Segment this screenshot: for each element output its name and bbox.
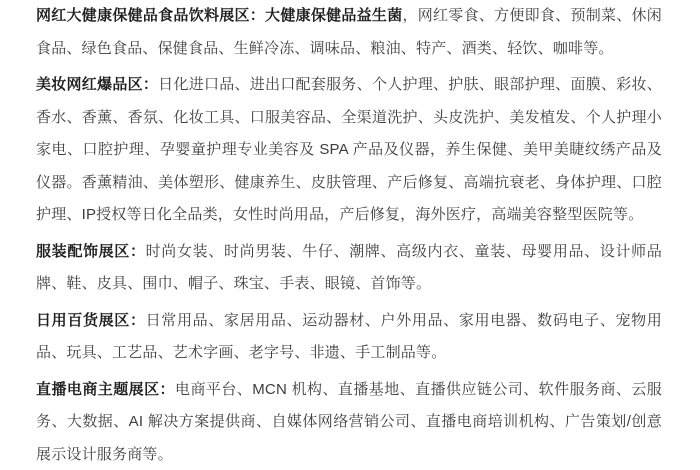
section-heading: 服装配饰展区：	[36, 243, 146, 260]
section-paragraph-daily-goods: 日用百货展区：日常用品、家居用品、运动器材、户外用品、家用电器、数码电子、宠物用…	[36, 305, 662, 370]
section-paragraph-food-health: 网红大健康保健品食品饮料展区：大健康保健品益生菌，网红零食、方便即食、预制菜、休…	[36, 0, 662, 65]
section-paragraph-apparel: 服装配饰展区：时尚女装、时尚男装、牛仔、潮牌、高级内衣、童装、母婴用品、设计师品…	[36, 236, 662, 301]
exhibition-zones-document: 网红大健康保健品食品饮料展区：大健康保健品益生菌，网红零食、方便即食、预制菜、休…	[0, 0, 700, 470]
section-heading: 美妆网红爆品区：	[36, 76, 158, 93]
section-heading: 日用百货展区：	[36, 312, 146, 329]
section-paragraph-beauty: 美妆网红爆品区：日化进口品、进出口配套服务、个人护理、护肤、眼部护理、面膜、彩妆…	[36, 69, 662, 232]
document-page: { "page": { "background_color": "#ffffff…	[0, 0, 700, 470]
section-body: 日化进口品、进出口配套服务、个人护理、护肤、眼部护理、面膜、彩妆、香水、香薰、香…	[36, 76, 662, 223]
section-heading: 网红大健康保健品食品饮料展区：大健康保健品益生菌	[36, 7, 402, 24]
section-heading: 直播电商主题展区：	[36, 381, 175, 398]
section-paragraph-livestream-ecommerce: 直播电商主题展区：电商平台、MCN 机构、直播基地、直播供应链公司、软件服务商、…	[36, 374, 662, 470]
